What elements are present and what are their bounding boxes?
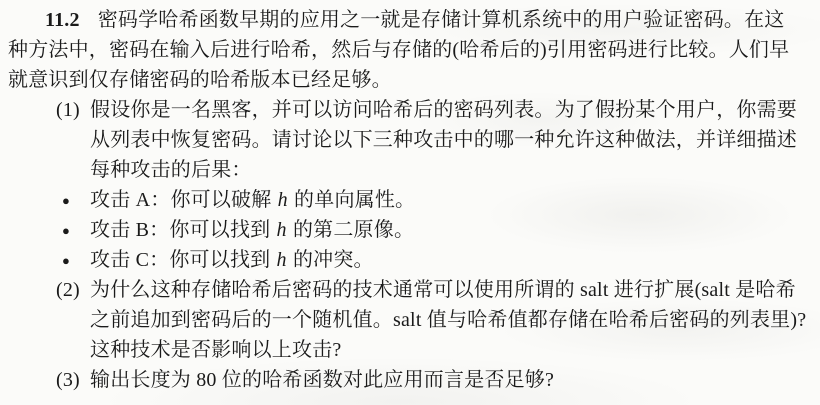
text-line: 就意识到仅存储密码的哈希版本已经足够。: [0, 65, 820, 95]
text-segment: 的单向属性。: [289, 189, 415, 211]
text-segment: 之前追加到密码后的一个随机值。salt 值与哈希值都存储在哈希后密码的列表里)?: [90, 309, 806, 331]
text-segment: 种方法中，密码在输入后进行哈希，然后与存储的(哈希后的)引用密码进行比较。人们早: [8, 39, 789, 61]
text-segment: 密码学哈希函数早期的应用之一就是存储计算机系统中的用户验证密码。在这: [98, 9, 785, 31]
text-segment: 假设你是一名黑客，并可以访问哈希后的密码列表。为了假扮某个用户，你需要: [90, 99, 797, 121]
text-segment: 每种攻击的后果：: [90, 159, 252, 181]
text-line: 从列表中恢复密码。请讨论以下三种攻击中的哪一种允许这种做法，并详细描述: [0, 125, 820, 155]
text-segment: 攻击 C：你可以找到: [90, 249, 276, 271]
text-segment: 这种技术是否影响以上攻击?: [90, 339, 341, 361]
text-line: ●攻击 A：你可以破解 h 的单向属性。: [0, 185, 820, 215]
text-segment: 攻击 B：你可以找到: [90, 219, 276, 241]
text-segment: 从列表中恢复密码。请讨论以下三种攻击中的哪一种允许这种做法，并详细描述: [90, 129, 797, 151]
text-line: ●攻击 B：你可以找到 h 的第二原像。: [0, 215, 820, 245]
text-line: 11.2密码学哈希函数早期的应用之一就是存储计算机系统中的用户验证密码。在这: [0, 5, 820, 35]
text-line: (1)假设你是一名黑客，并可以访问哈希后的密码列表。为了假扮某个用户，你需要: [0, 95, 820, 125]
text-line: 每种攻击的后果：: [0, 155, 820, 185]
text-segment: 攻击 A：你可以破解: [90, 189, 277, 211]
text-line: 之前追加到密码后的一个随机值。salt 值与哈希值都存储在哈希后密码的列表里)?: [0, 305, 820, 335]
text-line: (3)输出长度为 80 位的哈希函数对此应用而言是否足够?: [0, 365, 820, 395]
text-segment: 的第二原像。: [288, 219, 414, 241]
text-segment: 为什么这种存储哈希后密码的技术通常可以使用所谓的 salt 进行扩展(salt …: [90, 279, 796, 301]
scanned-document-page: 11.2密码学哈希函数早期的应用之一就是存储计算机系统中的用户验证密码。在这种方…: [0, 0, 820, 405]
text-line: (2)为什么这种存储哈希后密码的技术通常可以使用所谓的 salt 进行扩展(sa…: [0, 275, 820, 305]
text-segment: 的冲突。: [288, 249, 374, 271]
text-line: ●攻击 C：你可以找到 h 的冲突。: [0, 245, 820, 275]
math-variable-h: h: [276, 249, 288, 271]
math-variable-h: h: [277, 189, 289, 211]
text-line: 种方法中，密码在输入后进行哈希，然后与存储的(哈希后的)引用密码进行比较。人们早: [0, 35, 820, 65]
bullet-icon: ●: [62, 186, 90, 216]
list-item-number: (2): [56, 275, 90, 305]
text-segment: 输出长度为 80 位的哈希函数对此应用而言是否足够?: [90, 369, 554, 391]
math-variable-h: h: [276, 219, 288, 241]
bullet-icon: ●: [62, 216, 90, 246]
text-segment: 就意识到仅存储密码的哈希版本已经足够。: [8, 69, 392, 91]
text-line: 这种技术是否影响以上攻击?: [0, 335, 820, 365]
exercise-text-block: 11.2密码学哈希函数早期的应用之一就是存储计算机系统中的用户验证密码。在这种方…: [0, 5, 820, 395]
list-item-number: (3): [56, 365, 90, 395]
section-number: 11.2: [45, 9, 80, 31]
bullet-icon: ●: [62, 246, 90, 276]
list-item-number: (1): [56, 95, 90, 125]
